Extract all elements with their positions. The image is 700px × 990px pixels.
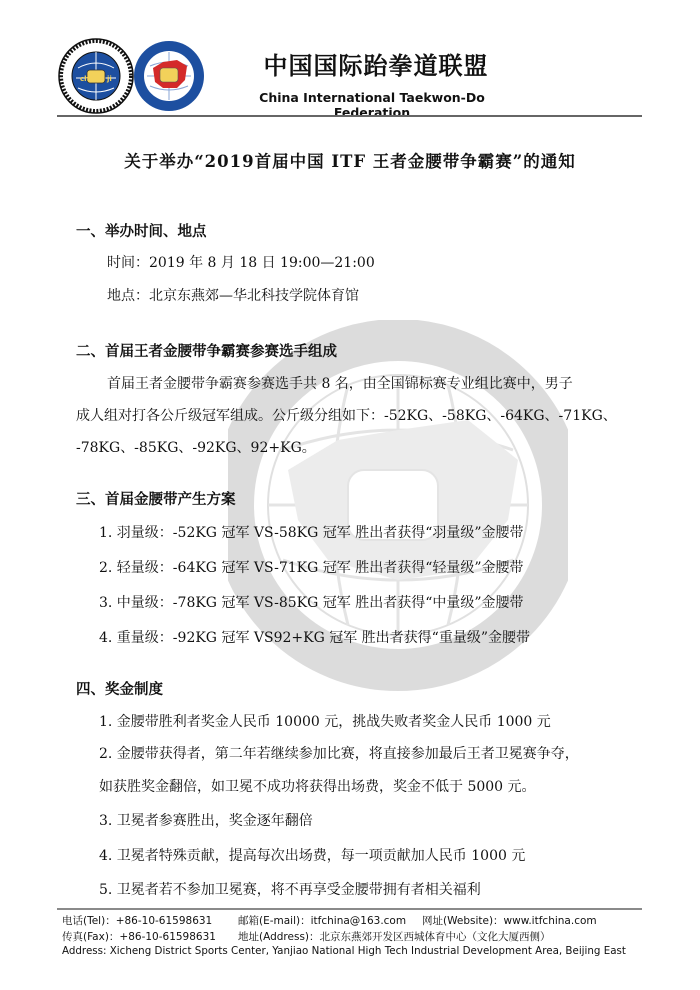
footer-address-cn: 地址(Address)：北京东燕郊开发区西城体育中心（文化大厦西侧） [238, 929, 551, 944]
header-divider [57, 115, 642, 117]
paragraph-line: 首届王者金腰带争霸赛参赛选手共 8 名，由全国锦标赛专业组比赛中，男子 [107, 373, 573, 393]
list-item: 4. 重量级：-92KG 冠军 VS92+KG 冠军 胜出者获得“重量级”金腰带 [99, 627, 530, 647]
footer-email: 邮箱(E-mail)：itfchina@163.com [238, 913, 406, 928]
footer-tel: 电话(Tel)：+86-10-61598631 [62, 913, 212, 928]
section-heading-2: 二、首届王者金腰带争霸赛参赛选手组成 [76, 340, 337, 361]
footer-website: 网址(Website)：www.itfchina.com [422, 913, 597, 928]
footer-divider [57, 908, 642, 910]
list-item: 2. 金腰带获得者，第二年若继续参加比赛，将直接参加最后王者卫冕赛争夺， [99, 743, 579, 763]
footer-address-en: Address: Xicheng District Sports Center,… [62, 945, 626, 957]
letterhead: ch ji 中国国际跆拳道联盟 China International Taek… [0, 0, 700, 120]
itf-emblem-icon: ch ji [58, 38, 134, 114]
list-item: 1. 金腰带胜利者奖金人民币 10000 元，挑战失败者奖金人民币 1000 元 [99, 711, 551, 731]
paragraph-line: -78KG、-85KG、-92KG、92+KG。 [76, 437, 316, 457]
svg-text:ji: ji [106, 75, 112, 83]
svg-text:ch: ch [80, 75, 89, 83]
section-heading-3: 三、首届金腰带产生方案 [76, 488, 236, 509]
list-item: 5. 卫冕者若不参加卫冕赛，将不再享受金腰带拥有者相关福利 [99, 879, 481, 899]
citf-emblem-icon [133, 40, 205, 112]
list-item: 1. 羽量级：-52KG 冠军 VS-58KG 冠军 胜出者获得“羽量级”金腰带 [99, 522, 524, 542]
document-title: 关于举办“2019首届中国 ITF 王者金腰带争霸赛”的通知 [0, 148, 700, 172]
list-item-continuation: 如获胜奖金翻倍，如卫冕不成功将获得出场费，奖金不低于 5000 元。 [99, 776, 536, 796]
org-name-cn: 中国国际跆拳道联盟 [246, 46, 506, 81]
list-item: 2. 轻量级：-64KG 冠军 VS-71KG 冠军 胜出者获得“轻量级”金腰带 [99, 557, 524, 577]
section-heading-4: 四、奖金制度 [76, 678, 163, 699]
list-item: 3. 中量级：-78KG 冠军 VS-85KG 冠军 胜出者获得“中量级”金腰带 [99, 592, 524, 612]
section-heading-1: 一、举办时间、地点 [76, 220, 207, 241]
footer-fax: 传真(Fax)：+86-10-61598631 [62, 929, 216, 944]
event-place: 地点：北京东燕郊—华北科技学院体育馆 [107, 285, 359, 305]
paragraph-line: 成人组对打各公斤级冠军组成。公斤级分组如下：-52KG、-58KG、-64KG、… [76, 405, 617, 425]
list-item: 3. 卫冕者参赛胜出，奖金逐年翻倍 [99, 810, 313, 830]
list-item: 4. 卫冕者特殊贡献，提高每次出场费，每一项贡献加人民币 1000 元 [99, 845, 525, 865]
event-time: 时间：2019 年 8 月 18 日 19:00—21:00 [107, 252, 375, 272]
